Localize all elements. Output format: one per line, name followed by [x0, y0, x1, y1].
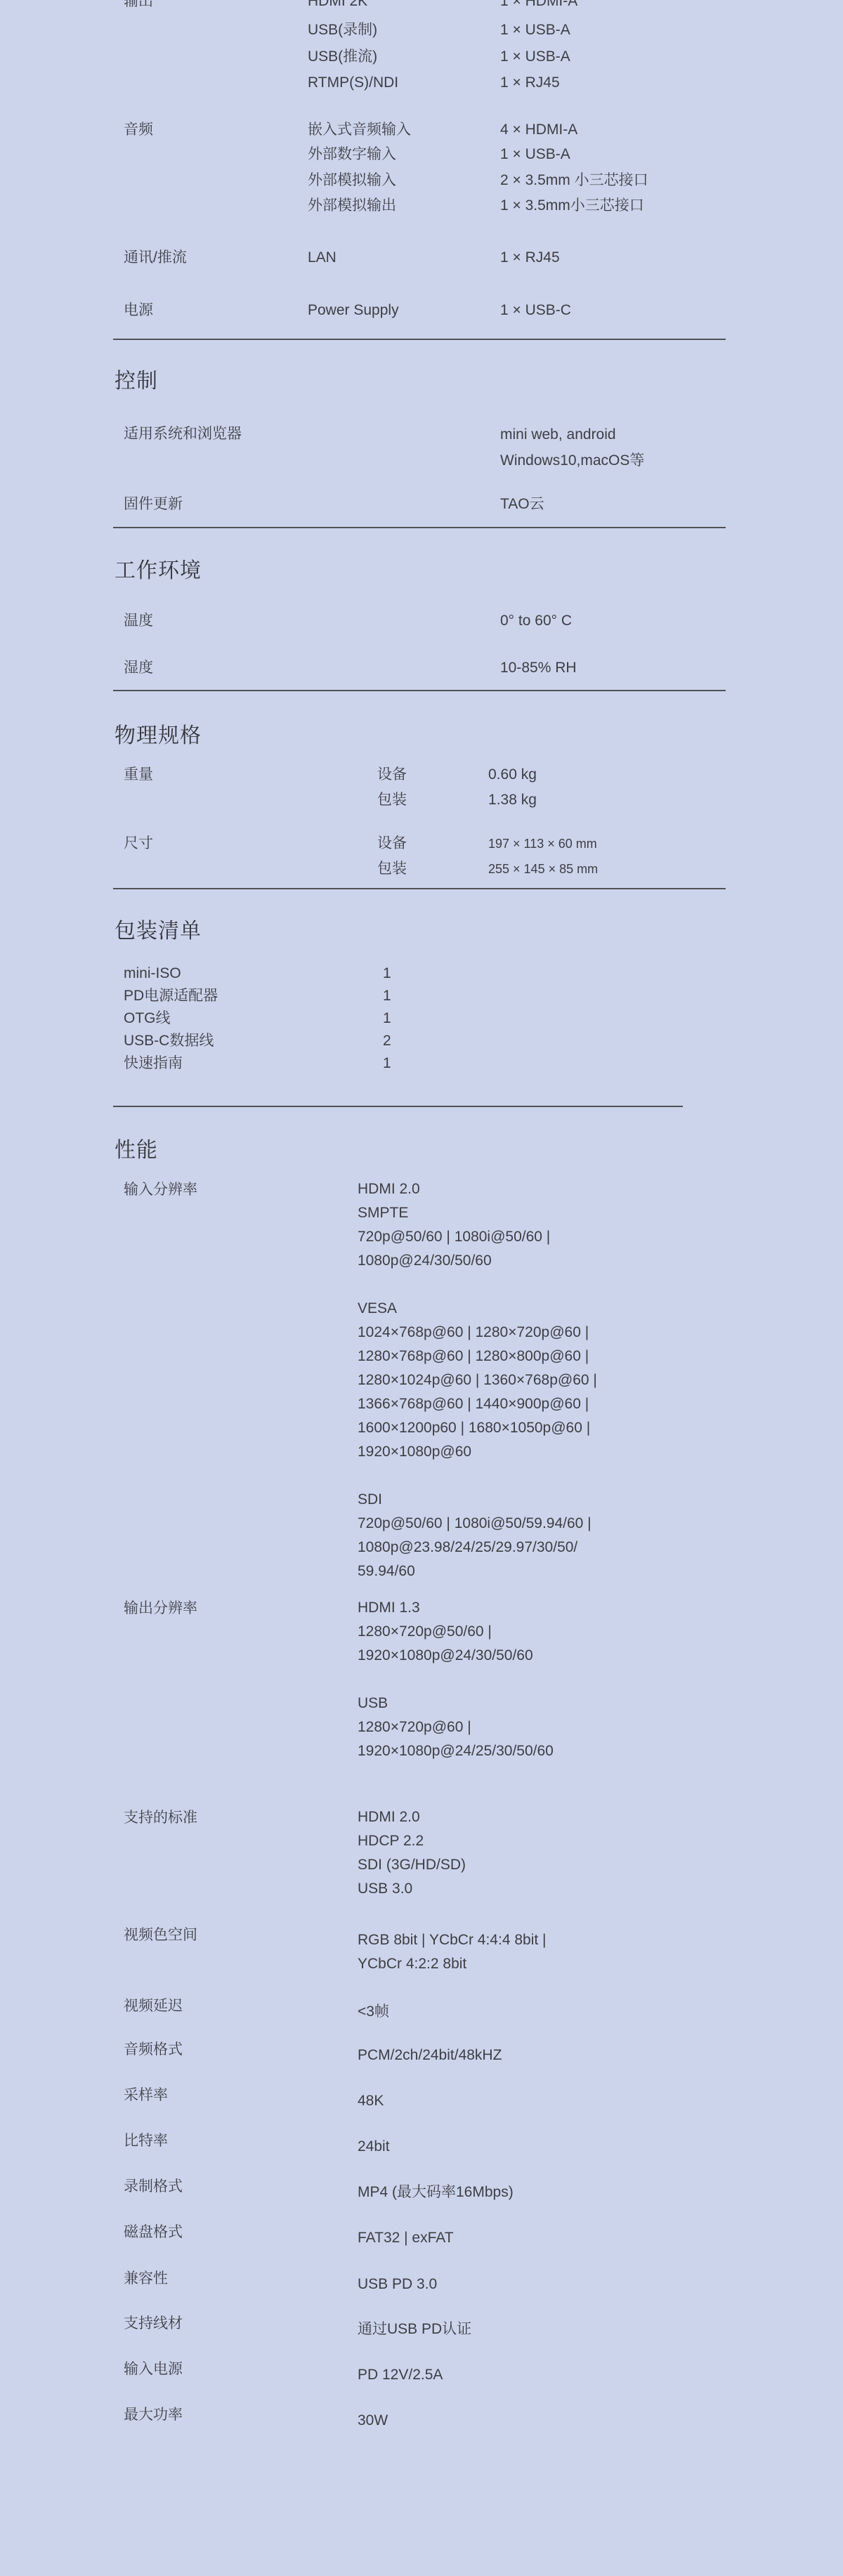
package-item-name: 快速指南	[124, 1052, 383, 1075]
spec-row: 采样率 48K	[124, 2083, 826, 2114]
perf-value: <3帧	[358, 1994, 826, 2025]
perf-label: 视频延迟	[124, 1994, 358, 2025]
spec-item-value: 1 × USB-A	[500, 18, 826, 43]
perf-value-line: 1600×1200p60 | 1680×1050p@60 |	[358, 1416, 826, 1440]
perf-value: 24bit	[358, 2129, 826, 2159]
spec-value-line: Windows10,macOS等	[500, 447, 826, 473]
spec-sublabel: 包装	[377, 787, 488, 813]
spec-value: 0° to 60° C	[500, 608, 826, 634]
spec-row: 支持的标准 HDMI 2.0 HDCP 2.2 SDI (3G/HD/SD) U…	[124, 1805, 826, 1901]
perf-label: 兼容性	[124, 2266, 358, 2297]
spec-item-value: 1 × USB-A	[500, 142, 826, 167]
spec-subrow: 设备 197 × 113 × 60 mm	[377, 831, 826, 856]
perf-value-line: 720p@50/60 | 1080i@50/59.94/60 |	[358, 1512, 826, 1536]
package-list: mini-ISO 1 PD电源适配器 1 OTG线 1 USB-C数据线 2 快…	[124, 962, 615, 1075]
section-divider	[113, 527, 726, 528]
perf-value-line: 720p@50/60 | 1080i@50/60 |	[358, 1225, 826, 1249]
perf-label: 录制格式	[124, 2174, 358, 2205]
spec-value: 10-85% RH	[500, 655, 826, 681]
spec-item-name: 外部模拟输出	[308, 193, 500, 218]
section-divider	[113, 1106, 683, 1107]
spec-value: TAO云	[500, 492, 826, 517]
section-title-physical: 物理规格	[115, 724, 202, 749]
perf-value-line: 1280×768p@60 | 1280×800p@60 |	[358, 1345, 826, 1368]
perf-value-line: 1366×768p@60 | 1440×900p@60 |	[358, 1392, 826, 1416]
perf-value-line	[358, 1464, 826, 1488]
spec-row: 比特率 24bit	[124, 2129, 826, 2159]
spec-item-name: HDMI 2K	[308, 0, 500, 14]
spec-group-label: 音频	[124, 117, 308, 143]
perf-value: RGB 8bit | YCbCr 4:4:4 8bit | YCbCr 4:2:…	[358, 1923, 826, 1976]
perf-label: 磁盘格式	[124, 2220, 358, 2251]
package-item-qty: 1	[383, 985, 615, 1007]
section-divider	[113, 339, 726, 340]
package-item-name: USB-C数据线	[124, 1030, 383, 1052]
spec-item-value: 1 × USB-C	[500, 298, 826, 323]
perf-value-line: USB 3.0	[358, 1877, 826, 1901]
package-item-qty: 1	[383, 1052, 615, 1075]
spec-item-name: 嵌入式音频输入	[308, 117, 500, 143]
spec-subrow: 设备 0.60 kg	[377, 762, 826, 787]
perf-value-line: SDI	[358, 1488, 826, 1512]
spec-row: 音频格式 PCM/2ch/24bit/48kHZ	[124, 2037, 826, 2068]
perf-value: HDMI 1.3 1280×720p@50/60 | 1920×1080p@24…	[358, 1596, 826, 1763]
spec-row: 录制格式 MP4 (最大码率16Mbps)	[124, 2174, 826, 2205]
section-title-performance: 性能	[115, 1138, 158, 1163]
package-item-qty: 2	[383, 1030, 615, 1052]
spec-item-name: 外部模拟输入	[308, 168, 500, 193]
package-item-name: mini-ISO	[124, 962, 383, 985]
spec-label: 重量	[124, 762, 377, 813]
spec-item-value: 1 × USB-A	[500, 44, 826, 70]
spec-item-value: 1 × HDMI-A	[500, 0, 826, 14]
perf-label: 支持线材	[124, 2311, 358, 2342]
spec-value: 255 × 145 × 85 mm	[488, 856, 826, 882]
spec-value: 1.38 kg	[488, 787, 826, 813]
perf-label: 视频色空间	[124, 1923, 358, 1976]
section-title-control: 控制	[115, 369, 158, 394]
spec-label: 温度	[124, 608, 500, 634]
perf-value-line: HDMI 2.0	[358, 1805, 826, 1829]
package-item-qty: 1	[383, 962, 615, 985]
perf-value-line: 59.94/60	[358, 1560, 826, 1583]
spec-item-value: 1 × RJ45	[500, 70, 826, 96]
spec-row: 最大功率 30W	[124, 2402, 826, 2433]
perf-label: 音频格式	[124, 2037, 358, 2068]
spec-group-label: 输出	[124, 0, 308, 14]
perf-value-line: HDMI 2.0	[358, 1177, 826, 1201]
perf-value: PD 12V/2.5A	[358, 2357, 826, 2388]
spec-row: 外部模拟输入 2 × 3.5mm 小三芯接口	[124, 168, 826, 193]
perf-value-line: 1024×768p@60 | 1280×720p@60 |	[358, 1321, 826, 1345]
spec-row: 音频 嵌入式音频输入 4 × HDMI-A	[124, 117, 826, 143]
spec-label: 尺寸	[124, 831, 377, 882]
spec-item-value: 2 × 3.5mm 小三芯接口	[500, 168, 826, 193]
spec-subrow: 包装 1.38 kg	[377, 787, 826, 813]
perf-label: 最大功率	[124, 2402, 358, 2433]
spec-value: 197 × 113 × 60 mm	[488, 831, 826, 856]
spec-value-line: mini web, android	[500, 421, 826, 447]
spec-item-value: 1 × RJ45	[500, 245, 826, 270]
spec-item-name: USB(推流)	[308, 44, 500, 70]
spec-subrow: 包装 255 × 145 × 85 mm	[377, 856, 826, 882]
perf-value-line	[358, 1668, 826, 1692]
spec-group-label: 电源	[124, 298, 308, 323]
perf-value-line: 1280×1024p@60 | 1360×768p@60 |	[358, 1368, 826, 1392]
spec-row: 重量 设备 0.60 kg 包装 1.38 kg	[124, 762, 826, 813]
spec-row: 视频延迟 <3帧	[124, 1994, 826, 2025]
perf-value-line	[358, 1273, 826, 1297]
spec-label: 湿度	[124, 655, 500, 681]
spec-item-value: 1 × 3.5mm小三芯接口	[500, 193, 826, 218]
spec-item-name: 外部数字输入	[308, 142, 500, 167]
spec-label: 适用系统和浏览器	[124, 421, 500, 473]
spec-row: 外部模拟输出 1 × 3.5mm小三芯接口	[124, 193, 826, 218]
spec-row: 输入电源 PD 12V/2.5A	[124, 2357, 826, 2388]
spec-row: 磁盘格式 FAT32 | exFAT	[124, 2220, 826, 2251]
perf-value-line: 1280×720p@60 |	[358, 1715, 826, 1739]
perf-value: MP4 (最大码率16Mbps)	[358, 2174, 826, 2205]
perf-value: FAT32 | exFAT	[358, 2220, 826, 2251]
section-title-environment: 工作环境	[115, 558, 202, 584]
spec-row: 输出分辨率 HDMI 1.3 1280×720p@50/60 | 1920×10…	[124, 1596, 826, 1763]
spec-sublabel: 设备	[377, 831, 488, 856]
spec-item-name: Power Supply	[308, 298, 500, 323]
spec-row: USB(录制) 1 × USB-A	[124, 18, 826, 43]
perf-value-line: 1280×720p@50/60 |	[358, 1620, 826, 1644]
perf-label: 比特率	[124, 2129, 358, 2159]
spec-row: 输出 HDMI 2K 1 × HDMI-A	[124, 0, 826, 14]
spec-row: 支持线材 通过USB PD认证	[124, 2311, 826, 2342]
package-item-qty: 1	[383, 1007, 615, 1030]
spec-row: 外部数字输入 1 × USB-A	[124, 142, 826, 167]
spec-item-name: RTMP(S)/NDI	[308, 70, 500, 96]
perf-label: 输入分辨率	[124, 1177, 358, 1583]
spec-row: 固件更新 TAO云	[124, 492, 826, 517]
perf-value: 通过USB PD认证	[358, 2311, 826, 2342]
perf-value: HDMI 2.0 SMPTE 720p@50/60 | 1080i@50/60 …	[358, 1177, 826, 1583]
spec-row: 温度 0° to 60° C	[124, 608, 826, 634]
spec-row: 通讯/推流 LAN 1 × RJ45	[124, 245, 826, 270]
perf-value-line: 1080p@24/30/50/60	[358, 1249, 826, 1273]
perf-value-line: YCbCr 4:2:2 8bit	[358, 1952, 826, 1976]
spec-row: 湿度 10-85% RH	[124, 655, 826, 681]
spec-sublabel: 设备	[377, 762, 488, 787]
perf-label: 输出分辨率	[124, 1596, 358, 1763]
perf-value: USB PD 3.0	[358, 2266, 826, 2297]
spec-row: RTMP(S)/NDI 1 × RJ45	[124, 70, 826, 96]
spec-sheet: 输出 HDMI 2K 1 × HDMI-A USB(录制) 1 × USB-A …	[0, 0, 843, 2576]
perf-value-line: USB	[358, 1692, 826, 1715]
spec-value: mini web, android Windows10,macOS等	[500, 421, 826, 473]
package-item-name: PD电源适配器	[124, 985, 383, 1007]
perf-value-line: SDI (3G/HD/SD)	[358, 1853, 826, 1877]
spec-label: 固件更新	[124, 492, 500, 517]
perf-value-line: SMPTE	[358, 1201, 826, 1225]
spec-sublabel: 包装	[377, 856, 488, 882]
section-title-package: 包装清单	[115, 919, 202, 944]
perf-value-line: 1920×1080p@24/25/30/50/60	[358, 1739, 826, 1763]
spec-row: 视频色空间 RGB 8bit | YCbCr 4:4:4 8bit | YCbC…	[124, 1923, 826, 1976]
perf-value-line: RGB 8bit | YCbCr 4:4:4 8bit |	[358, 1928, 826, 1952]
perf-label: 支持的标准	[124, 1805, 358, 1901]
perf-value-line: 1080p@23.98/24/25/29.97/30/50/	[358, 1536, 826, 1560]
spec-row: 尺寸 设备 197 × 113 × 60 mm 包装 255 × 145 × 8…	[124, 831, 826, 882]
spec-item-name: LAN	[308, 245, 500, 270]
spec-row: 电源 Power Supply 1 × USB-C	[124, 298, 826, 323]
section-divider	[113, 888, 726, 889]
spec-row: 适用系统和浏览器 mini web, android Windows10,mac…	[124, 421, 826, 473]
perf-value-line: VESA	[358, 1297, 826, 1321]
spec-item-value: 4 × HDMI-A	[500, 117, 826, 143]
perf-value: PCM/2ch/24bit/48kHZ	[358, 2037, 826, 2068]
spec-group-label: 通讯/推流	[124, 245, 308, 270]
perf-value-line: HDMI 1.3	[358, 1596, 826, 1620]
perf-label: 输入电源	[124, 2357, 358, 2388]
spec-row: USB(推流) 1 × USB-A	[124, 44, 826, 70]
spec-item-name: USB(录制)	[308, 18, 500, 43]
perf-value: 30W	[358, 2402, 826, 2433]
perf-value-line: HDCP 2.2	[358, 1829, 826, 1853]
perf-value-line: 1920×1080p@24/30/50/60	[358, 1644, 826, 1668]
perf-value-line: 1920×1080p@60	[358, 1440, 826, 1464]
spec-row: 兼容性 USB PD 3.0	[124, 2266, 826, 2297]
perf-label: 采样率	[124, 2083, 358, 2114]
perf-value: HDMI 2.0 HDCP 2.2 SDI (3G/HD/SD) USB 3.0	[358, 1805, 826, 1901]
spec-value: 0.60 kg	[488, 762, 826, 787]
package-item-name: OTG线	[124, 1007, 383, 1030]
section-divider	[113, 690, 726, 691]
perf-value: 48K	[358, 2083, 826, 2114]
spec-row: 输入分辨率 HDMI 2.0 SMPTE 720p@50/60 | 1080i@…	[124, 1177, 826, 1583]
